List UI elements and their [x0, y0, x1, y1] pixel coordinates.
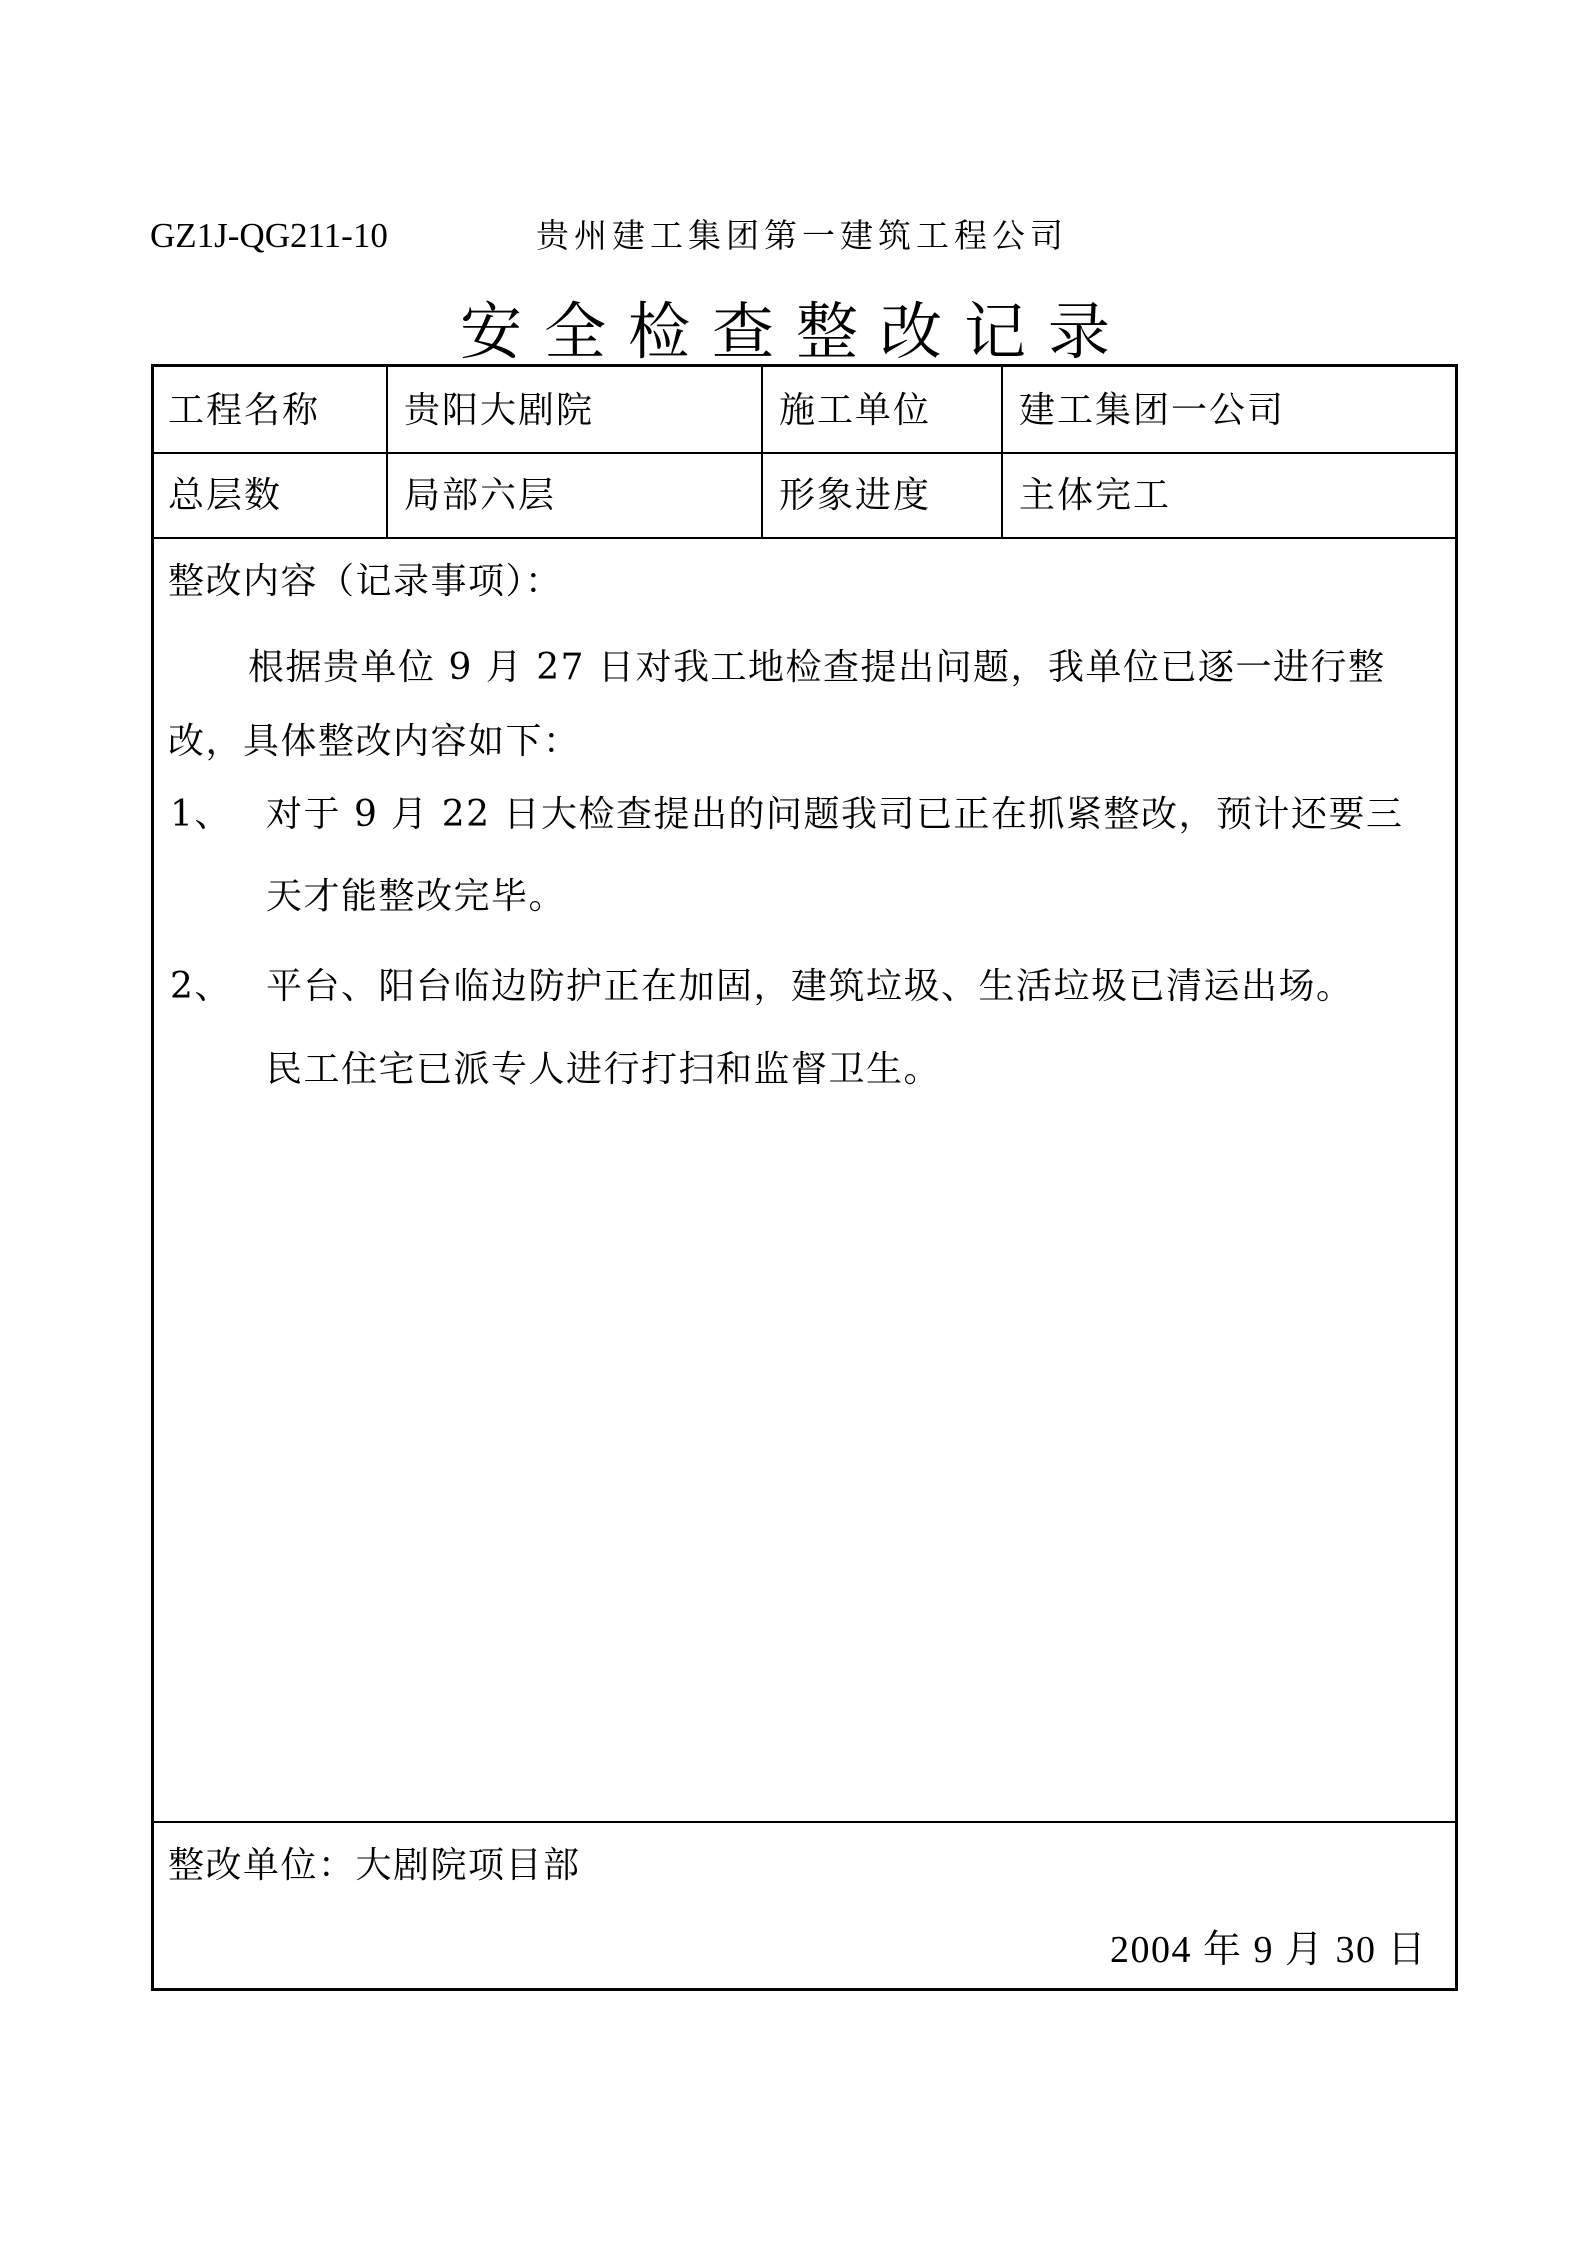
intro-line-2: 改，具体整改内容如下： [168, 722, 581, 762]
column-divider [386, 367, 388, 538]
rectification-unit: 整改单位：大剧院项目部 [168, 1846, 581, 1886]
record-date: 2004 年 9 月 30 日 [1110, 1930, 1427, 1970]
label-progress: 形象进度 [779, 476, 931, 516]
item-number: 2、 [170, 967, 232, 1007]
value-construction-unit: 建工集团一公司 [1019, 391, 1285, 431]
rectification-form: 工程名称 贵阳大剧院 施工单位 建工集团一公司 总层数 局部六层 形象进度 主体… [151, 364, 1458, 1991]
label-construction-unit: 施工单位 [779, 391, 931, 431]
label-total-floors: 总层数 [168, 476, 282, 516]
value-total-floors: 局部六层 [404, 476, 556, 516]
rectification-unit-label: 整改单位： [168, 1845, 356, 1886]
item-number: 1、 [170, 795, 232, 835]
item-line-1: 对于 9 月 22 日大检查提出的问题我司已正在抓紧整改，预计还要三 [266, 795, 1404, 835]
column-divider [761, 367, 763, 538]
rectification-unit-value: 大剧院项目部 [356, 1845, 581, 1886]
page-title: 安全检查整改记录 [460, 292, 1132, 372]
item-line-2: 民工住宅已派专人进行打扫和监督卫生。 [266, 1050, 941, 1090]
row-divider [154, 452, 1455, 454]
form-code: GZ1J-QG211-10 [150, 216, 388, 256]
rectification-heading: 整改内容（记录事项）： [168, 562, 563, 602]
value-project-name: 贵阳大剧院 [404, 391, 594, 431]
row-divider [154, 537, 1455, 539]
value-progress: 主体完工 [1019, 476, 1171, 516]
company-name: 贵州建工集团第一建筑工程公司 [536, 216, 1068, 256]
column-divider [1001, 367, 1003, 538]
item-line-2: 天才能整改完毕。 [266, 877, 566, 917]
intro-line-1: 根据贵单位 9 月 27 日对我工地检查提出问题，我单位已逐一进行整 [248, 648, 1386, 688]
section-divider [154, 1821, 1455, 1823]
label-project-name: 工程名称 [168, 391, 320, 431]
item-line-1: 平台、阳台临边防护正在加固，建筑垃圾、生活垃圾已清运出场。 [266, 967, 1354, 1007]
